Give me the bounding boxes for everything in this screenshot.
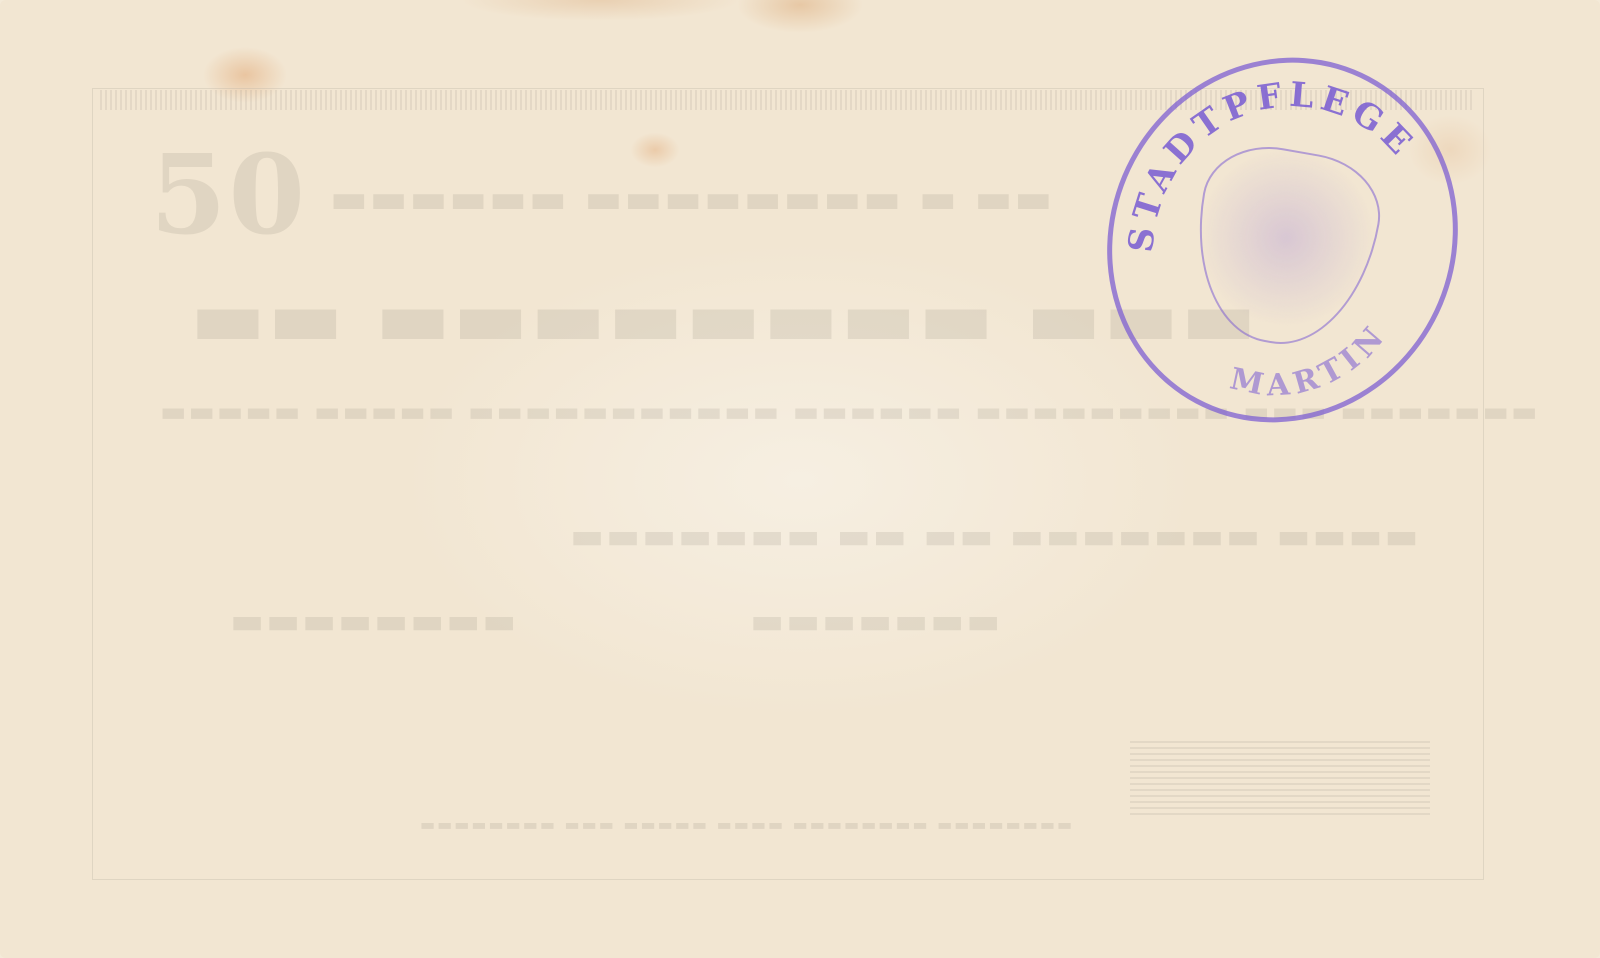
showthrough-footnote: ▬▬▬▬▬▬▬▬ ▬▬▬ ▬▬▬▬▬ ▬▬▬▬ ▬▬▬▬▬▬▬▬ ▬▬▬▬▬▬▬… bbox=[420, 815, 1074, 834]
showthrough-line-1: ▬▬▬▬▬▬ ▬▬▬▬▬▬▬▬ ▬ ▬▬ bbox=[330, 175, 1054, 222]
stamp-text-bottom: MARTIN bbox=[1227, 317, 1395, 404]
banknote-reverse: 50 ▬▬▬▬▬▬ ▬▬▬▬▬▬▬▬ ▬ ▬▬ ▬▬ ▬▬▬▬▬▬▬▬ ▬▬▬ … bbox=[0, 0, 1600, 958]
showthrough-signature-right: ▬▬▬▬▬▬▬ bbox=[750, 600, 1002, 642]
serial-box-showthrough bbox=[1130, 740, 1430, 815]
stamp-text-top: STADTPFLEGE bbox=[1121, 75, 1424, 254]
showthrough-signature-left: ▬▬▬▬▬▬▬▬ bbox=[230, 600, 518, 642]
showthrough-line-2: ▬▬ ▬▬▬▬▬▬▬▬ ▬▬▬ bbox=[190, 270, 1258, 364]
showthrough-denomination: 50 bbox=[150, 130, 307, 259]
showthrough-date-line: ▬▬▬▬▬▬▬ ▬▬ ▬▬ ▬▬▬▬▬▬▬ ▬▬▬▬ bbox=[570, 515, 1420, 557]
stamp-text: STADTPFLEGE MARTIN bbox=[1110, 55, 1455, 425]
